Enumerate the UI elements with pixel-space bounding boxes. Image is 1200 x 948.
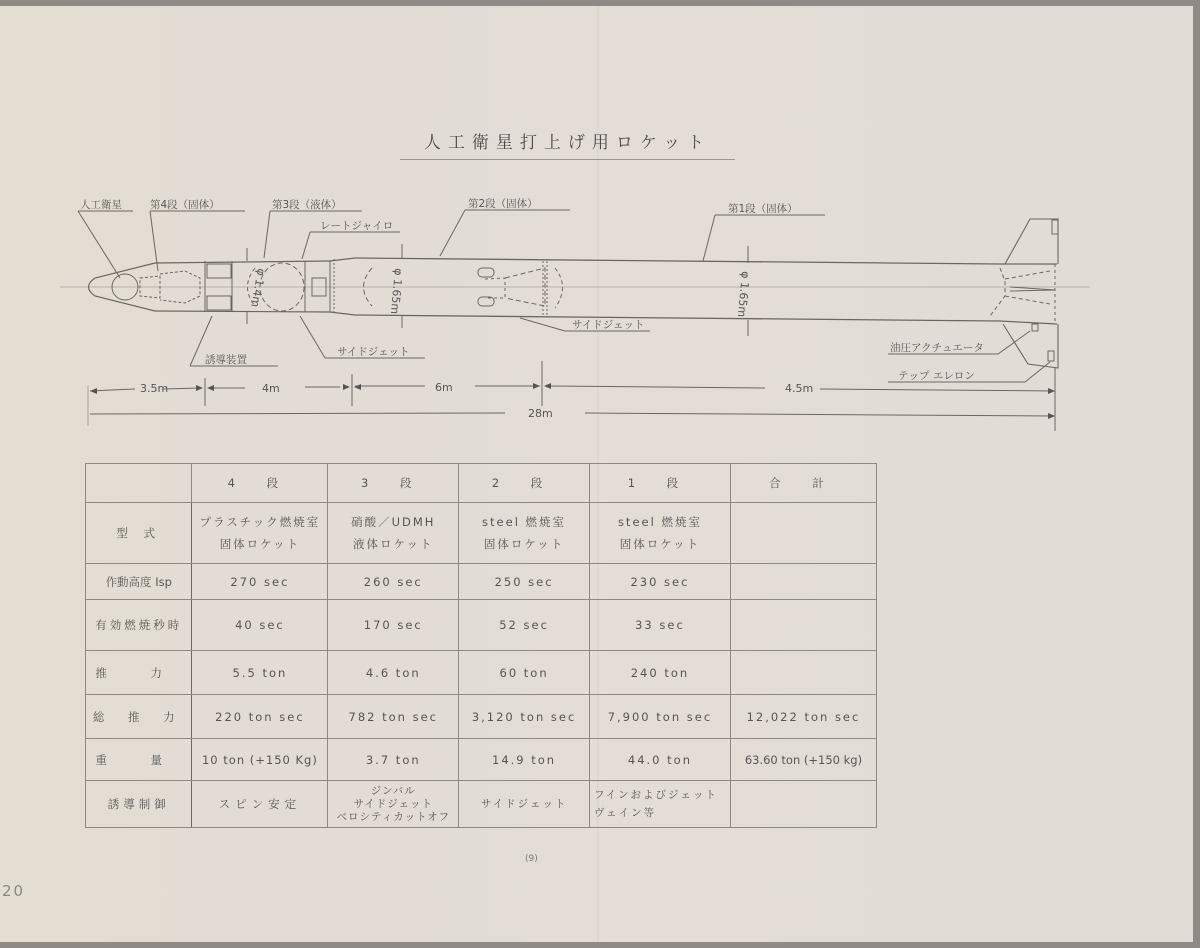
margin-note: 20 — [2, 882, 25, 900]
table-cell: 230 sec — [589, 564, 730, 600]
table-cell — [730, 600, 876, 651]
row-label-isp: 作動高度 Isp — [86, 564, 192, 600]
table-header-stage4: 4 段 — [192, 464, 328, 503]
table-cell: スピン安定 — [192, 781, 328, 828]
row-label-type: 型 式 — [86, 503, 192, 564]
table-cell: プラスチック燃焼室固体ロケット — [192, 503, 328, 564]
row-label-burn-time: 有効燃焼秒時 — [86, 600, 192, 651]
rocket-spec-table: 4 段 3 段 2 段 1 段 合 計 型 式 プラスチック燃焼室固体ロケット … — [85, 463, 877, 828]
table-cell: 220 ton sec — [192, 695, 328, 739]
table-header-total: 合 計 — [730, 464, 876, 503]
label-side-jet-stage2: サイドジェット — [572, 319, 645, 331]
rocket-diagram: 人工衛星 第4段（固体） 第3段（液体） レートジャイロ 第2段（固体） 第1段… — [0, 6, 1193, 456]
dim-total: 28m — [528, 407, 553, 420]
table-cell: 硝酸／UDMH液体ロケット — [328, 503, 459, 564]
table-cell: ジンバルサイドジェットベロシティカットオフ — [328, 781, 459, 828]
table-cell: 782 ton sec — [328, 695, 459, 739]
row-label-weight: 重 量 — [86, 739, 192, 781]
label-stage2: 第2段（固体） — [468, 197, 538, 210]
label-guidance-unit: 誘導装置 — [205, 353, 247, 366]
dim-seg4: 4.5m — [785, 382, 813, 395]
table-cell: steel 燃焼室固体ロケット — [589, 503, 730, 564]
table-header-stage2: 2 段 — [459, 464, 590, 503]
label-stage4: 第4段（固体） — [150, 198, 220, 211]
table-cell: 240 ton — [589, 651, 730, 695]
dim-seg2: 4m — [262, 382, 280, 395]
label-side-jet-lower: サイドジェット — [337, 346, 410, 358]
diameter-upper: φ 1.4m — [248, 267, 268, 308]
table-cell: 260 sec — [328, 564, 459, 600]
page-number: (9) — [525, 854, 538, 864]
table-cell — [730, 503, 876, 564]
table-header-stage1: 1 段 — [589, 464, 730, 503]
table-cell: 270 sec — [192, 564, 328, 600]
table-cell — [730, 651, 876, 695]
table-cell: 63.60 ton (+150 kg) — [730, 739, 876, 781]
label-rate-gyro: レートジャイロ — [320, 220, 393, 232]
table-cell: 5.5 ton — [192, 651, 328, 695]
table-row: 重 量 10 ton (+150 Kg) 3.7 ton 14.9 ton 44… — [86, 739, 877, 781]
table-cell: 60 ton — [459, 651, 590, 695]
document-page: 人工衛星打上げ用ロケット — [0, 6, 1193, 942]
table-cell: 44.0 ton — [589, 739, 730, 781]
table-cell: 250 sec — [459, 564, 590, 600]
label-tip-aileron: テップ エレロン — [898, 370, 975, 382]
table-row: 誘導制御 スピン安定 ジンバルサイドジェットベロシティカットオフ サイドジェット… — [86, 781, 877, 828]
table-row: 有効燃焼秒時 40 sec 170 sec 52 sec 33 sec — [86, 600, 877, 651]
table-cell: 52 sec — [459, 600, 590, 651]
diameter-stage2: φ 1.65m — [388, 268, 405, 315]
table-cell: 3.7 ton — [328, 739, 459, 781]
table-cell: 14.9 ton — [459, 739, 590, 781]
dim-seg3: 6m — [435, 381, 453, 394]
table-cell: 33 sec — [589, 600, 730, 651]
table-cell: 170 sec — [328, 600, 459, 651]
row-label-guidance-control: 誘導制御 — [86, 781, 192, 828]
table-header-corner — [86, 464, 192, 503]
label-stage1: 第1段（固体） — [728, 202, 798, 215]
table-cell: 40 sec — [192, 600, 328, 651]
label-stage3: 第3段（液体） — [272, 198, 342, 211]
table-cell: 10 ton (+150 Kg) — [192, 739, 328, 781]
row-label-total-impulse: 総 推 力 — [86, 695, 192, 739]
row-label-thrust: 推 力 — [86, 651, 192, 695]
table-cell: 7,900 ton sec — [589, 695, 730, 739]
table-cell: フインおよびジェットヴェイン等 — [589, 781, 730, 828]
table-cell: 4.6 ton — [328, 651, 459, 695]
table-row: 型 式 プラスチック燃焼室固体ロケット 硝酸／UDMH液体ロケット steel … — [86, 503, 877, 564]
table-cell: steel 燃焼室固体ロケット — [459, 503, 590, 564]
table-header-row: 4 段 3 段 2 段 1 段 合 計 — [86, 464, 877, 503]
table-cell — [730, 781, 876, 828]
diameter-stage1: φ 1.65m — [735, 271, 752, 318]
label-hydraulic-actuator: 油圧アクチュエータ — [890, 341, 984, 354]
table-cell: 3,120 ton sec — [459, 695, 590, 739]
table-row: 作動高度 Isp 270 sec 260 sec 250 sec 230 sec — [86, 564, 877, 600]
table-cell: 12,022 ton sec — [730, 695, 876, 739]
table-cell: サイドジェット — [459, 781, 590, 828]
label-satellite: 人工衛星 — [80, 198, 122, 211]
table-row: 推 力 5.5 ton 4.6 ton 60 ton 240 ton — [86, 651, 877, 695]
table-row: 総 推 力 220 ton sec 782 ton sec 3,120 ton … — [86, 695, 877, 739]
dim-seg1: 3.5m — [140, 382, 168, 395]
table-header-stage3: 3 段 — [328, 464, 459, 503]
table-cell — [730, 564, 876, 600]
